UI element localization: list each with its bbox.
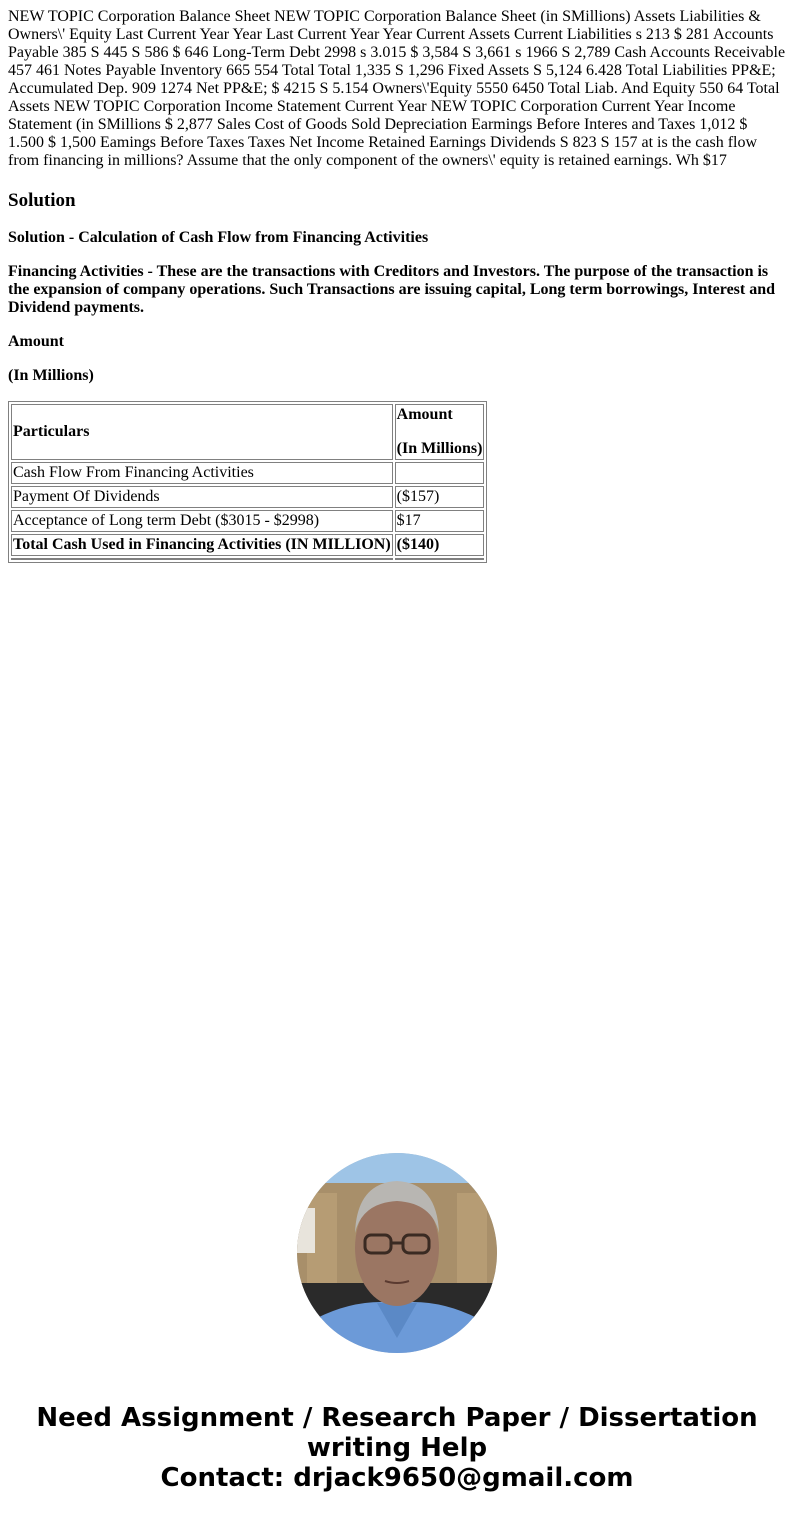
header-amount: Amount (In Millions) — [395, 404, 485, 460]
header-amount-line2: (In Millions) — [397, 440, 483, 458]
row-amount — [395, 462, 485, 484]
total-amount: ($140) — [395, 534, 485, 556]
promo-line-1: Need Assignment / Research Paper / Disse… — [0, 1403, 794, 1433]
row-particular: Cash Flow From Financing Activities — [11, 462, 393, 484]
table-empty-row — [11, 558, 484, 560]
row-amount: $17 — [395, 510, 485, 532]
table-total-row: Total Cash Used in Financing Activities … — [11, 534, 484, 556]
empty-cell — [395, 558, 485, 560]
table-row: Payment Of Dividends ($157) — [11, 486, 484, 508]
page-content: NEW TOPIC Corporation Balance Sheet NEW … — [0, 0, 794, 563]
table-header-row: Particulars Amount (In Millions) — [11, 404, 484, 460]
avatar — [297, 1153, 497, 1353]
question-text: NEW TOPIC Corporation Balance Sheet NEW … — [8, 8, 786, 170]
person-portrait-icon — [297, 1153, 497, 1353]
table-row: Acceptance of Long term Debt ($3015 - $2… — [11, 510, 484, 532]
row-particular: Payment Of Dividends — [11, 486, 393, 508]
promo-contact: Contact: drjack9650@gmail.com — [0, 1463, 794, 1493]
promo-line-2: writing Help — [0, 1433, 794, 1463]
solution-heading: Solution — [8, 189, 786, 213]
total-particular: Total Cash Used in Financing Activities … — [11, 534, 393, 556]
amount-label: Amount — [8, 333, 786, 351]
empty-cell — [11, 558, 393, 560]
promo-banner: Need Assignment / Research Paper / Disse… — [0, 1403, 794, 1493]
financing-table: Particulars Amount (In Millions) Cash Fl… — [8, 401, 487, 563]
solution-subheading: Solution - Calculation of Cash Flow from… — [8, 229, 786, 247]
units-label: (In Millions) — [8, 367, 786, 385]
financing-description: Financing Activities - These are the tra… — [8, 263, 786, 317]
header-particulars: Particulars — [11, 404, 393, 460]
table-row: Cash Flow From Financing Activities — [11, 462, 484, 484]
header-amount-line1: Amount — [397, 406, 483, 424]
row-particular: Acceptance of Long term Debt ($3015 - $2… — [11, 510, 393, 532]
row-amount: ($157) — [395, 486, 485, 508]
